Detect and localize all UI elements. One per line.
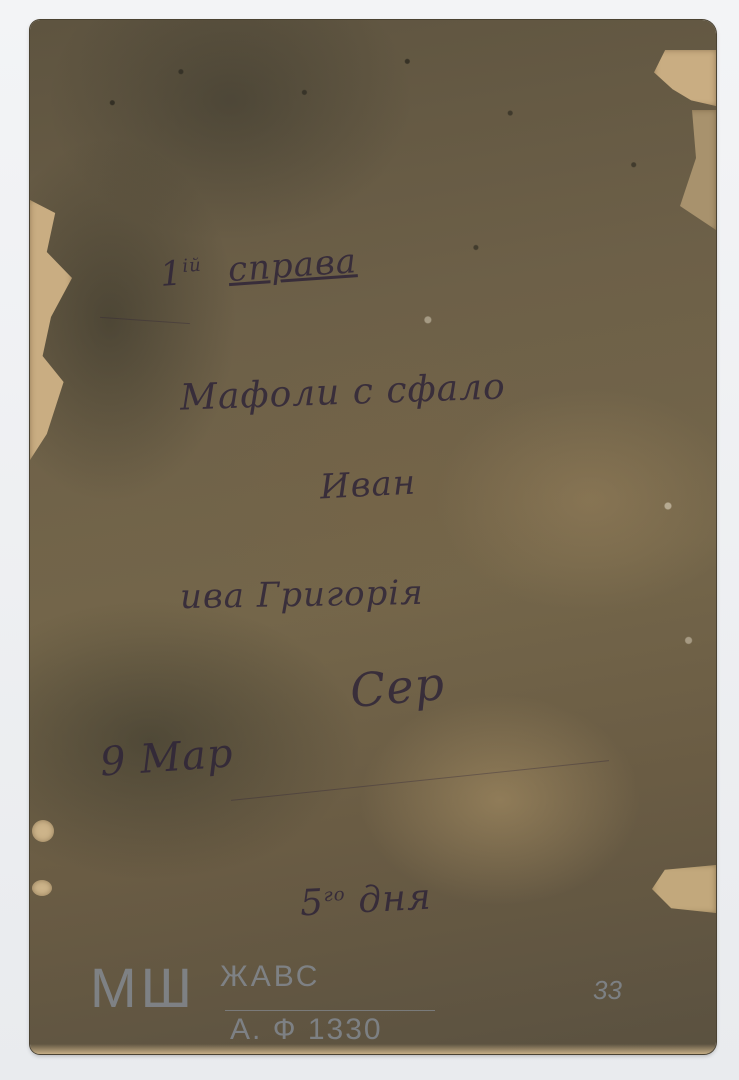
document-cover: 1ійсправа Мафоли с сфало Иван ива Григор… xyxy=(30,20,716,1054)
archive-stamp-mid: ЖАВС xyxy=(220,960,320,994)
archive-code-value: Ф 1330 xyxy=(273,1013,383,1046)
worn-patch-bottom-right xyxy=(652,865,716,913)
handwriting-line-case-number: 1ійсправа xyxy=(159,241,358,295)
archive-stamp-left: МШ xyxy=(90,955,196,1020)
handwriting-date-line: 9 Мар xyxy=(99,730,235,785)
day-number: 5 xyxy=(299,882,325,924)
ink-scratch-line xyxy=(100,317,190,324)
ink-scratch-line xyxy=(231,760,609,801)
scan-background: 1ійсправа Мафоли с сфало Иван ива Григор… xyxy=(0,0,739,1080)
torn-corner-top-right xyxy=(654,50,716,106)
day-word: дня xyxy=(357,877,432,922)
handwriting-line-3: Иван xyxy=(319,463,417,508)
worn-spot-left-1 xyxy=(32,820,54,842)
day-suffix: го xyxy=(323,884,346,906)
worn-edge-top-right xyxy=(676,110,716,230)
handwriting-day-line: 5го дня xyxy=(299,877,433,925)
page-number: 33 xyxy=(593,975,622,1006)
case-number-suffix: ій xyxy=(182,255,203,277)
handwriting-line-4: ива Григорія xyxy=(180,573,424,617)
archive-stamp-rule xyxy=(225,1010,435,1011)
case-number: 1 xyxy=(159,253,184,294)
worn-spot-left-2 xyxy=(32,880,52,896)
torn-edge-left xyxy=(30,200,72,460)
handwriting-line-2: Мафоли с сфало xyxy=(179,366,506,418)
archive-code-prefix: А. xyxy=(230,1013,262,1046)
case-word: справа xyxy=(227,241,359,290)
handwriting-line-5: Сер xyxy=(348,656,447,718)
archive-code: А. Ф 1330 xyxy=(230,1013,383,1047)
